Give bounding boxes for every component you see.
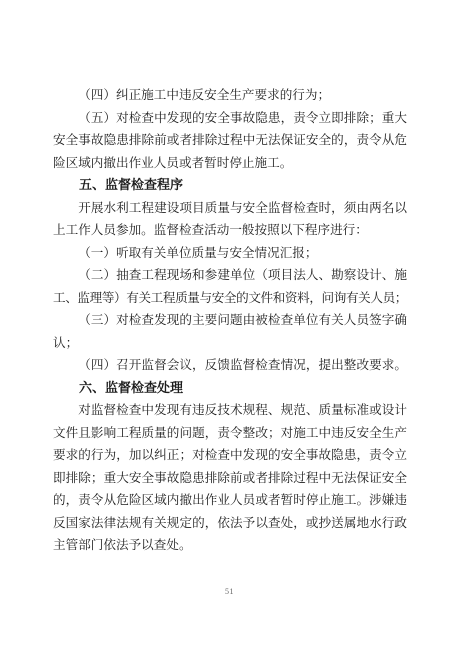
page-number: 51 xyxy=(0,587,459,596)
paragraph-line: 对监督检查中发现有违反技术规程、规范、质量标准或设计 xyxy=(53,399,407,422)
text-line: 险区域内撤出作业人员或者暂时停止施工。 xyxy=(53,152,407,175)
document-page: （四）纠正施工中违反安全生产要求的行为； （五）对检查中发现的安全事故隐患，责令… xyxy=(0,0,459,650)
text-line: 主管部门依法予以查处。 xyxy=(53,534,407,557)
text-line: 的，责令从危险区域内撤出作业人员或者暂时停止施工。涉嫌违 xyxy=(53,489,407,512)
text-line: 文件且影响工程质量的问题，责令整改；对施工中违反安全生产 xyxy=(53,422,407,445)
text-line: 安全事故隐患排除前或者排除过程中无法保证安全的，责令从危 xyxy=(53,129,407,152)
paragraph-line: （五）对检查中发现的安全事故隐患，责令立即排除；重大 xyxy=(53,107,407,130)
paragraph-line: （一）听取有关单位质量与安全情况汇报； xyxy=(53,242,407,265)
paragraph-line: （四）召开监督会议，反馈监督检查情况，提出整改要求。 xyxy=(53,354,407,377)
text-line: 工、监理等）有关工程质量与安全的文件和资料，问询有关人员； xyxy=(53,287,407,310)
text-line: 上工作人员参加。监督检查活动一般按照以下程序进行： xyxy=(53,219,407,242)
paragraph-line: （二）抽查工程现场和参建单位（项目法人、勘察设计、施 xyxy=(53,264,407,287)
paragraph-line: （三）对检查发现的主要问题由被检查单位有关人员签字确 xyxy=(53,309,407,332)
section-heading: 六、监督检查处理 xyxy=(53,377,407,400)
section-heading: 五、监督检查程序 xyxy=(53,174,407,197)
text-line: 认； xyxy=(53,332,407,355)
text-line: 要求的行为，加以纠正；对检查中发现的安全事故隐患，责令立 xyxy=(53,444,407,467)
paragraph-line: 开展水利工程建设项目质量与安全监督检查时，须由两名以 xyxy=(53,197,407,220)
paragraph-line: （四）纠正施工中违反安全生产要求的行为； xyxy=(53,84,407,107)
text-line: 反国家法律法规有关规定的，依法予以查处，或抄送属地水行政 xyxy=(53,512,407,535)
text-block: （四）纠正施工中违反安全生产要求的行为； （五）对检查中发现的安全事故隐患，责令… xyxy=(53,84,407,557)
text-line: 即排除；重大安全事故隐患排除前或者排除过程中无法保证安全 xyxy=(53,467,407,490)
